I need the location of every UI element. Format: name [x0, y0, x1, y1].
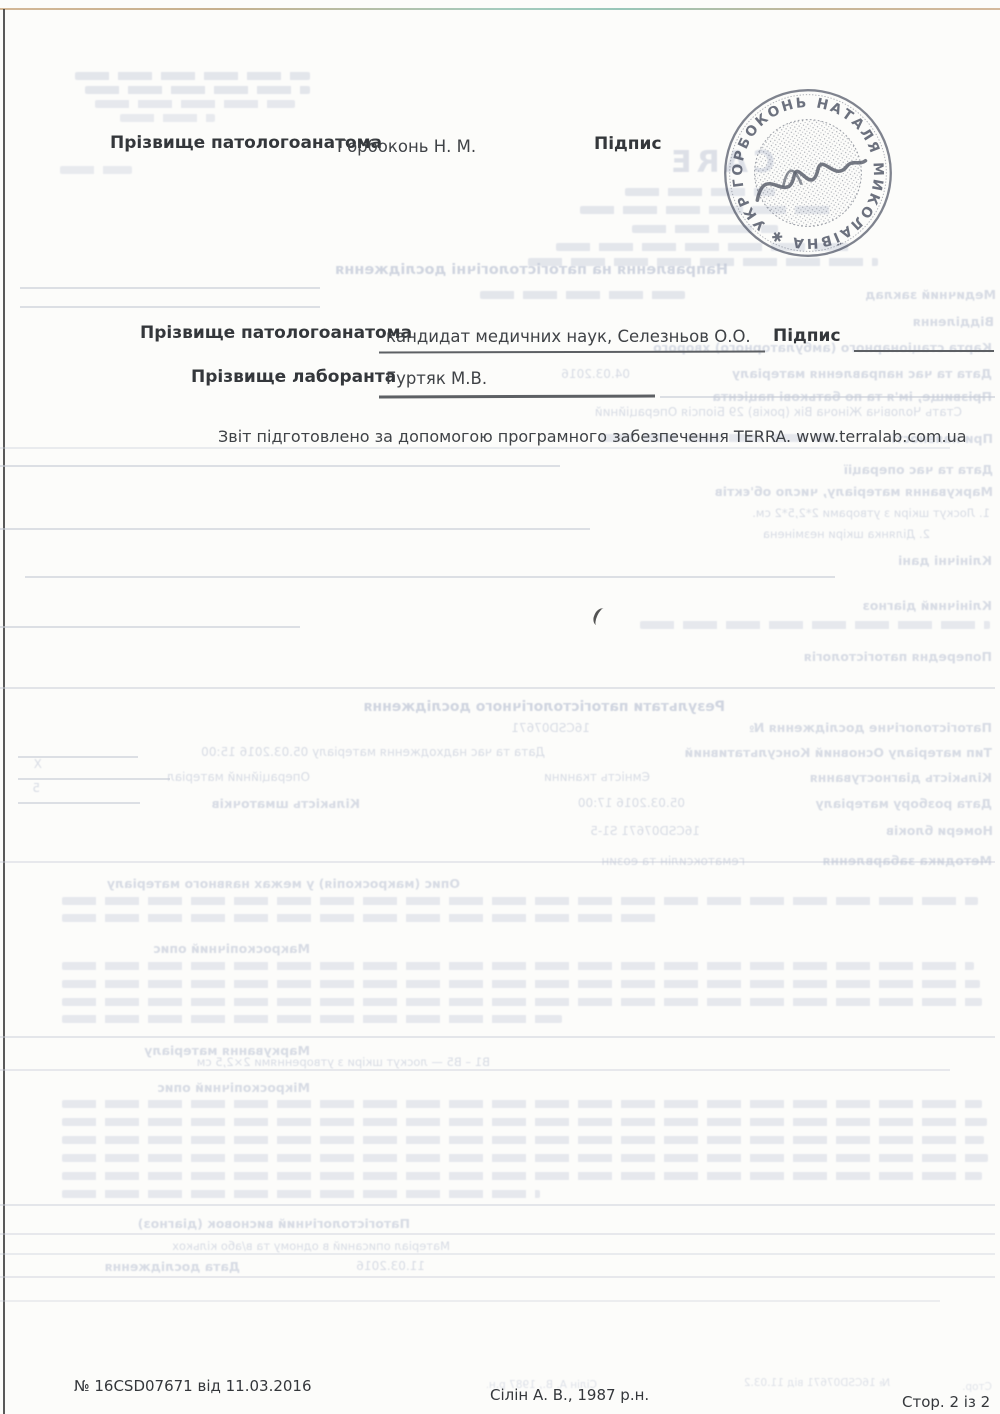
bleedthrough-bar: [640, 621, 990, 629]
bleedthrough-bar: [62, 1172, 982, 1180]
pathologist-round-stamp: ГОРБОКОНЬ НАТАЛЯ МИКОЛАЇВНА ✱ УКРАЇНА ✱: [694, 66, 923, 281]
bleedthrough-line: [660, 396, 995, 398]
bleedthrough-text: Методика забарвлення: [790, 854, 992, 868]
bleedthrough-bar: [62, 980, 980, 988]
lab-assistant-label: Прізвище лаборанта: [191, 367, 396, 387]
signature-label-2: Підпис: [773, 326, 841, 346]
bleedthrough-text: Попередня патогістологія: [790, 650, 992, 664]
bleedthrough-line: [0, 1233, 995, 1235]
bleedthrough-text: Медичний заклад: [848, 288, 996, 302]
bleedthrough-text: Відділення: [876, 315, 994, 329]
bleedthrough-line: [0, 1300, 940, 1302]
bleedthrough-bar: [62, 897, 978, 905]
lab-assistant-underline: [379, 395, 655, 398]
bleedthrough-text: гематоксилін та еозин: [550, 855, 745, 869]
bleedthrough-text: 5: [24, 782, 40, 796]
bleedthrough-text: 16CSD07671: [485, 722, 590, 736]
footer-patient-name: Сілін А. В., 1987 р.н.: [490, 1386, 649, 1404]
bleedthrough-text: Номери блоків: [845, 824, 993, 838]
bleedthrough-bar: [62, 1015, 562, 1023]
bleedthrough-text: Макроскопічний опис: [60, 942, 310, 956]
bleedthrough-text: 1. Лоскут шкіри з утворами 2*2,5*2 см.: [688, 507, 990, 520]
bleedthrough-text: Стать Чоловіча Жіноча Вік (років) 29 Біо…: [140, 406, 962, 420]
bleedthrough-line: [0, 1036, 995, 1038]
signature-label-1: Підпис: [594, 134, 662, 154]
bleedthrough-line: [18, 778, 170, 780]
ink-fleck: [591, 606, 609, 627]
bleedthrough-line: [0, 1253, 995, 1255]
bleedthrough-line: [0, 1204, 995, 1206]
bleedthrough-text: X: [22, 758, 42, 772]
bleedthrough-bar: [85, 86, 310, 94]
bleedthrough-bar: [62, 1136, 984, 1144]
bleedthrough-text: Дата дослідження: [60, 1260, 240, 1274]
footer-doc-number: № 16CSD07671 від 11.03.2016: [74, 1377, 312, 1395]
bleedthrough-line: [18, 802, 140, 804]
bleedthrough-bar: [62, 998, 982, 1006]
bleedthrough-bar: [60, 166, 132, 174]
bleedthrough-text: Дата та час направлення матеріалу: [656, 367, 992, 381]
bleedthrough-bar: [62, 1154, 988, 1162]
bleedthrough-bar: [62, 962, 974, 970]
bleedthrough-text: 11.03.2016: [330, 1260, 425, 1274]
bleedthrough-text: Результати патогістологічного дослідженн…: [275, 699, 725, 715]
bleedthrough-text: Матеріал описаний в одному та в/або кіль…: [60, 1240, 450, 1253]
bleedthrough-text: Дата та час операції: [795, 463, 993, 477]
bleedthrough-text: Клінічні дані: [862, 554, 992, 568]
bleedthrough-line: [20, 306, 320, 308]
bleedthrough-text: Мікроскопічний опис: [60, 1081, 310, 1095]
bleedthrough-text: Стор.: [950, 1381, 992, 1393]
bleedthrough-line: [0, 465, 560, 467]
bleedthrough-bar: [62, 1100, 982, 1108]
bleedthrough-bar: [480, 291, 685, 299]
lab-assistant-name: Гуртяк М.В.: [386, 369, 487, 388]
bleedthrough-text: Маркування матеріалу, число об'єктів: [712, 485, 993, 499]
bleedthrough-line: [0, 528, 590, 530]
footer-page-indicator: Стор. 2 із 2: [902, 1393, 990, 1411]
bleedthrough-line: [25, 576, 835, 578]
bleedthrough-line: [0, 687, 995, 689]
pathologist-name-2: кандидат медичних наук, Селезньов О.О.: [386, 327, 751, 346]
bleedthrough-text: Тип матеріалу Основний Консультативний: [555, 746, 992, 760]
bleedthrough-text: Дата розбору матеріалу: [800, 797, 992, 811]
pathologist-name-1: Горбоконь Н. М.: [337, 137, 476, 156]
bleedthrough-line: [20, 287, 320, 289]
bleedthrough-line: [0, 626, 300, 628]
bleedthrough-text: № 16CSD07671 від 11.03.2016: [745, 1377, 890, 1389]
scan-edge-top-line: [0, 8, 1000, 10]
bleedthrough-text: 05.03.2016 17:00: [555, 797, 685, 811]
bleedthrough-bar: [120, 114, 215, 122]
bleedthrough-bar: [75, 72, 310, 80]
pathologist-label-2: Прізвище патологоанатома: [140, 323, 412, 343]
bleedthrough-text: 2. Ділянка шкіри незмінена: [700, 528, 930, 541]
bleedthrough-text: Кількість шматочків: [170, 797, 360, 811]
bleedthrough-text: 04.03.2016: [548, 368, 630, 382]
bleedthrough-text: Ємність тканини: [480, 771, 650, 785]
bleedthrough-line: [0, 447, 950, 449]
bleedthrough-text: Опис (макроскопія) у межах наявного мате…: [60, 877, 460, 891]
bleedthrough-bar: [62, 914, 662, 922]
signature-underline-2: [854, 350, 994, 352]
bleedthrough-line: [0, 1276, 995, 1278]
scanned-document-page: CAREНаправлення на патогістологічні досл…: [0, 0, 1000, 1414]
bleedthrough-text: В1 – В5 — лоскут шкіри з утвореннями 2×2…: [60, 1056, 490, 1069]
bleedthrough-bar: [62, 1118, 987, 1126]
bleedthrough-bar: [95, 100, 295, 108]
bleedthrough-text: Патогістологічний висновок (діагноз): [60, 1217, 410, 1231]
bleedthrough-text: Патогістологічне дослідження №: [680, 721, 992, 735]
software-note: Звіт підготовлено за допомогою програмно…: [218, 427, 967, 446]
bleedthrough-text: Клінічний діагноз: [842, 599, 992, 613]
bleedthrough-text: Направлення на патогістологічні дослідже…: [243, 262, 728, 279]
bleedthrough-line: [0, 1069, 950, 1071]
bleedthrough-bar: [62, 1190, 540, 1198]
bleedthrough-text: 16CSD07671 S1-5: [540, 825, 700, 839]
bleedthrough-text: Кількість діагностування: [790, 771, 992, 785]
